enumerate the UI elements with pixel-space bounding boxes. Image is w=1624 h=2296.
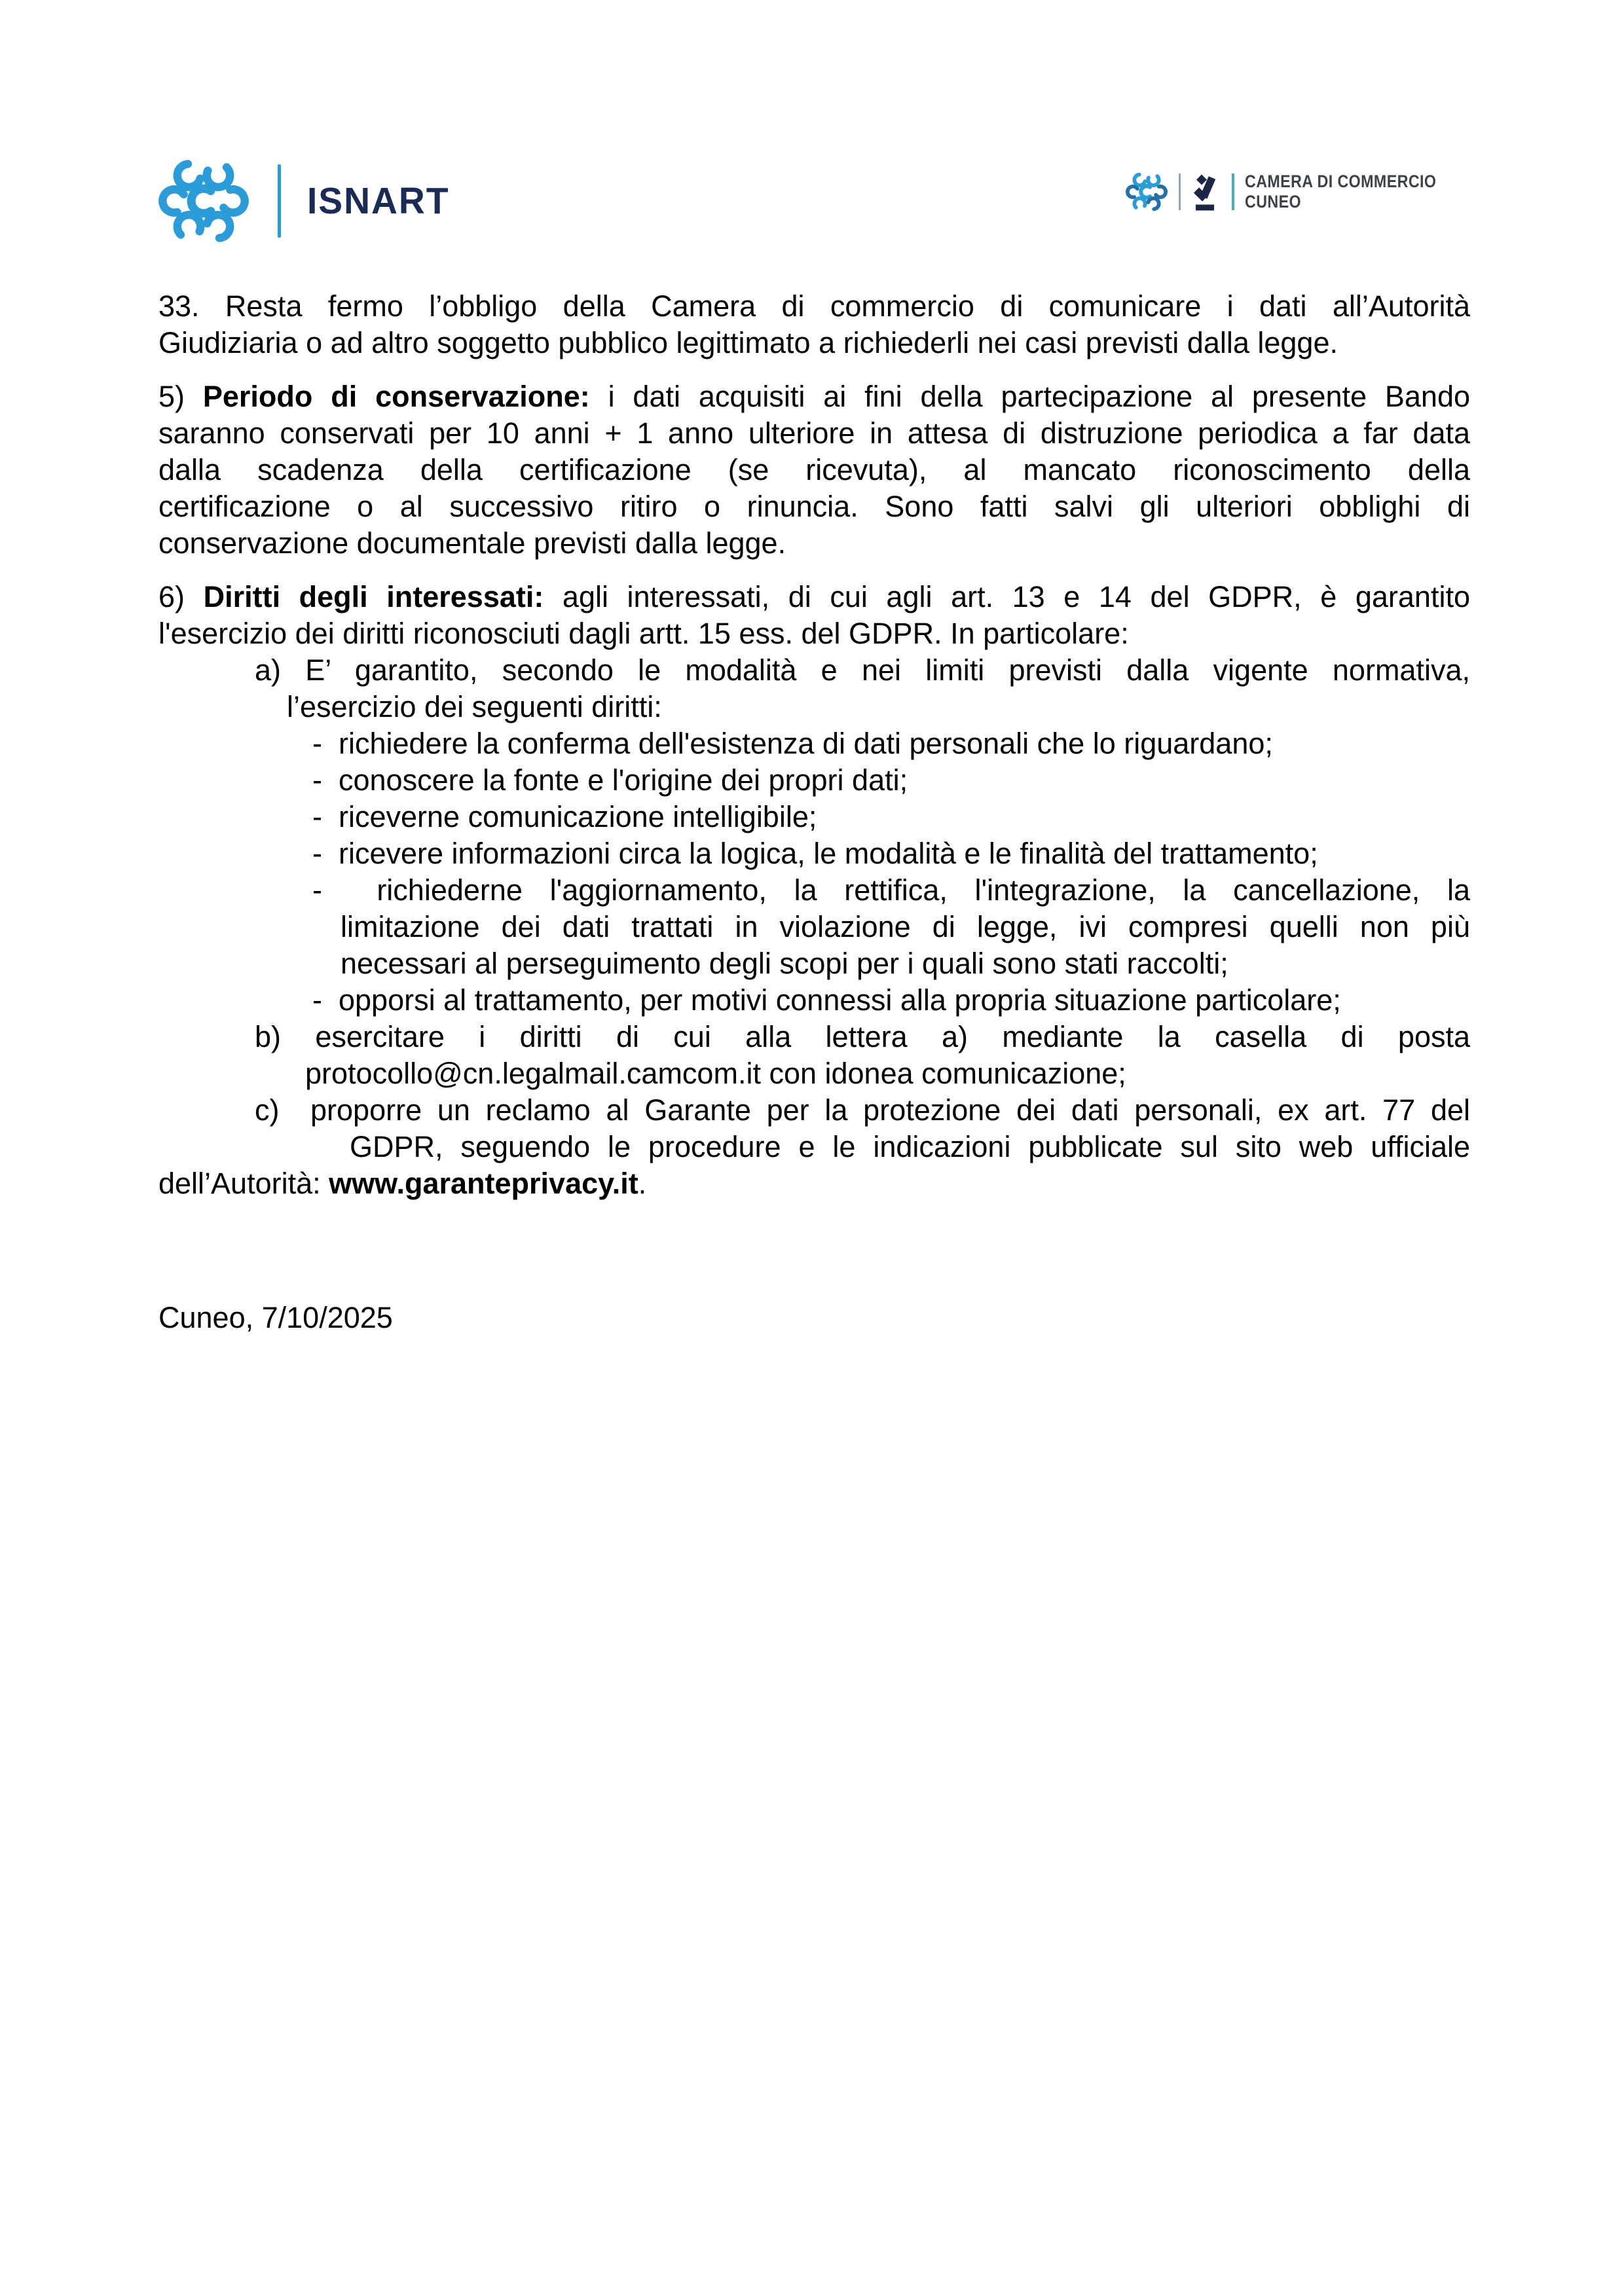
- text-segment: agli interessati, di cui agli art. 13 e …: [544, 580, 1470, 613]
- text-line: dalla scadenza della certificazione (se …: [158, 452, 1470, 488]
- text-line: - richiedere la conferma dell'esistenza …: [158, 725, 1470, 762]
- isnart-wordmark: ISNART: [307, 179, 449, 223]
- camcom-logo-text: CAMERA DI COMMERCIO CUNEO: [1245, 172, 1436, 212]
- text-line: c) proporre un reclamo al Garante per la…: [158, 1092, 1470, 1129]
- text-line: protocollo@cn.legalmail.camcom.it con id…: [158, 1055, 1470, 1092]
- text-line: dell’Autorità: www.garanteprivacy.it.: [158, 1165, 1470, 1202]
- text-segment: a) E’ garantito, secondo le modalità e n…: [255, 653, 1470, 687]
- text-segment: - opporsi al trattamento, per motivi con…: [312, 983, 1341, 1017]
- date-line: Cuneo, 7/10/2025: [158, 1300, 393, 1336]
- text-line: l’esercizio dei seguenti diritti:: [158, 689, 1470, 725]
- text-segment: l’esercizio dei seguenti diritti:: [287, 690, 662, 723]
- text-line: l'esercizio dei diritti riconosciuti dag…: [158, 615, 1470, 652]
- text-segment: saranno conservati per 10 anni + 1 anno …: [158, 416, 1470, 450]
- text-line: 33. Resta fermo l’obbligo della Camera d…: [158, 288, 1470, 325]
- text-line: conservazione documentale previsti dalla…: [158, 525, 1470, 562]
- text-segment: l'esercizio dei diritti riconosciuti dag…: [158, 617, 1129, 650]
- isnart-logo: ISNART: [156, 154, 454, 248]
- text-line: limitazione dei dati trattati in violazi…: [158, 909, 1470, 945]
- text-segment-bold: Diritti degli interessati:: [204, 580, 544, 613]
- text-segment: .: [638, 1167, 647, 1200]
- text-segment: - ricevere informazioni circa la logica,…: [312, 837, 1318, 870]
- text-line: saranno conservati per 10 anni + 1 anno …: [158, 415, 1470, 452]
- text-segment: 6): [158, 580, 204, 613]
- text-segment: dalla scadenza della certificazione (se …: [158, 453, 1470, 486]
- camcom-logo-divider-teal: [1232, 173, 1234, 210]
- camcom-text-line1: CAMERA DI COMMERCIO: [1245, 172, 1436, 192]
- text-line: - conoscere la fonte e l'origine dei pro…: [158, 762, 1470, 799]
- text-line: - ricevere informazioni circa la logica,…: [158, 835, 1470, 872]
- text-segment: dell’Autorità:: [158, 1167, 329, 1200]
- text-line: 5) Periodo di conservazione: i dati acqu…: [158, 378, 1470, 415]
- text-segment: - richiederne l'aggiornamento, la rettif…: [312, 873, 1470, 907]
- text-segment: - richiedere la conferma dell'esistenza …: [312, 727, 1273, 760]
- isnart-knot-icon: [156, 155, 251, 247]
- camcom-cuneo-logo: CAMERA DI COMMERCIO CUNEO: [1125, 168, 1467, 216]
- text-segment: limitazione dei dati trattati in violazi…: [341, 910, 1470, 943]
- text-segment-bold: Periodo di conservazione:: [203, 380, 590, 413]
- text-segment: 33. Resta fermo l’obbligo della Camera d…: [158, 289, 1470, 323]
- text-line: GDPR, seguendo le procedure e le indicaz…: [158, 1129, 1470, 1165]
- text-segment-bold: www.garanteprivacy.it: [329, 1167, 638, 1200]
- text-segment: conservazione documentale previsti dalla…: [158, 526, 786, 560]
- camcom-emblem-icon: [1189, 169, 1221, 215]
- text-segment: necessari al perseguimento degli scopi p…: [341, 947, 1228, 980]
- text-segment: b) esercitare i diritti di cui alla lett…: [255, 1020, 1470, 1053]
- camcom-knot-icon: [1125, 170, 1168, 213]
- text-segment: i dati acquisiti ai fini della partecipa…: [590, 380, 1470, 413]
- text-segment: c) proporre un reclamo al Garante per la…: [255, 1093, 1470, 1127]
- text-line: a) E’ garantito, secondo le modalità e n…: [158, 652, 1470, 689]
- text-line: - richiederne l'aggiornamento, la rettif…: [158, 872, 1470, 909]
- camcom-logo-divider-gray: [1179, 173, 1181, 210]
- text-segment: Giudiziaria o ad altro soggetto pubblico…: [158, 326, 1338, 359]
- text-line: necessari al perseguimento degli scopi p…: [158, 945, 1470, 982]
- document-page: ISNART CAMERA DI: [0, 0, 1624, 2296]
- text-segment: certificazione o al successivo ritiro o …: [158, 490, 1470, 523]
- text-segment: - conoscere la fonte e l'origine dei pro…: [312, 763, 908, 797]
- text-segment: GDPR, seguendo le procedure e le indicaz…: [350, 1130, 1470, 1163]
- text-line: 6) Diritti degli interessati: agli inter…: [158, 579, 1470, 615]
- text-line: b) esercitare i diritti di cui alla lett…: [158, 1019, 1470, 1055]
- text-line: - riceverne comunicazione intelligibile;: [158, 799, 1470, 835]
- text-segment: 5): [158, 380, 203, 413]
- isnart-logo-divider: [278, 164, 281, 238]
- text-line: - opporsi al trattamento, per motivi con…: [158, 982, 1470, 1019]
- text-line: certificazione o al successivo ritiro o …: [158, 488, 1470, 525]
- text-line: Giudiziaria o ad altro soggetto pubblico…: [158, 325, 1470, 361]
- text-segment: protocollo@cn.legalmail.camcom.it con id…: [305, 1057, 1126, 1090]
- camcom-text-line2: CUNEO: [1245, 192, 1436, 212]
- document-body: 33. Resta fermo l’obbligo della Camera d…: [158, 288, 1470, 1202]
- text-segment: - riceverne comunicazione intelligibile;: [312, 800, 817, 833]
